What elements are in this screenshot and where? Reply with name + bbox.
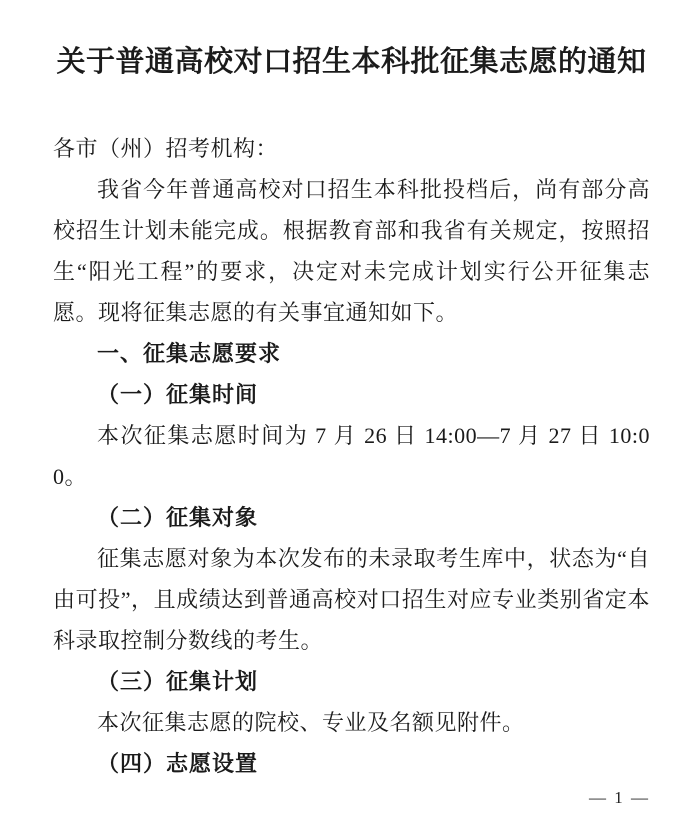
- paragraph-heading2: （三）征集计划: [53, 661, 650, 702]
- paragraph-heading2: （二）征集对象: [53, 497, 650, 538]
- document-title: 关于普通高校对口招生本科批征集志愿的通知: [53, 40, 650, 84]
- paragraph-body: 我省今年普通高校对口招生本科批投档后，尚有部分高校招生计划未能完成。根据教育部和…: [53, 169, 650, 333]
- page-number: — 1 —: [589, 789, 650, 806]
- paragraph-salutation: 各市（州）招考机构：: [53, 128, 650, 169]
- paragraph-body: 本次征集志愿时间为 7 月 26 日 14:00—7 月 27 日 10:00。: [53, 415, 650, 497]
- paragraph-heading2: （一）征集时间: [53, 374, 650, 415]
- paragraph-body: 征集志愿对象为本次发布的未录取考生库中，状态为“自由可投”，且成绩达到普通高校对…: [53, 538, 650, 661]
- document-page: { "page": { "title": "关于普通高校对口招生本科批征集志愿的…: [0, 0, 699, 840]
- document-body: 关于普通高校对口招生本科批征集志愿的通知 各市（州）招考机构：我省今年普通高校对…: [0, 0, 699, 784]
- paragraph-list: 各市（州）招考机构：我省今年普通高校对口招生本科批投档后，尚有部分高校招生计划未…: [53, 128, 650, 784]
- paragraph-body: 本次征集志愿的院校、专业及名额见附件。: [53, 702, 650, 743]
- paragraph-heading1: 一、征集志愿要求: [53, 333, 650, 374]
- paragraph-heading2: （四）志愿设置: [53, 743, 650, 784]
